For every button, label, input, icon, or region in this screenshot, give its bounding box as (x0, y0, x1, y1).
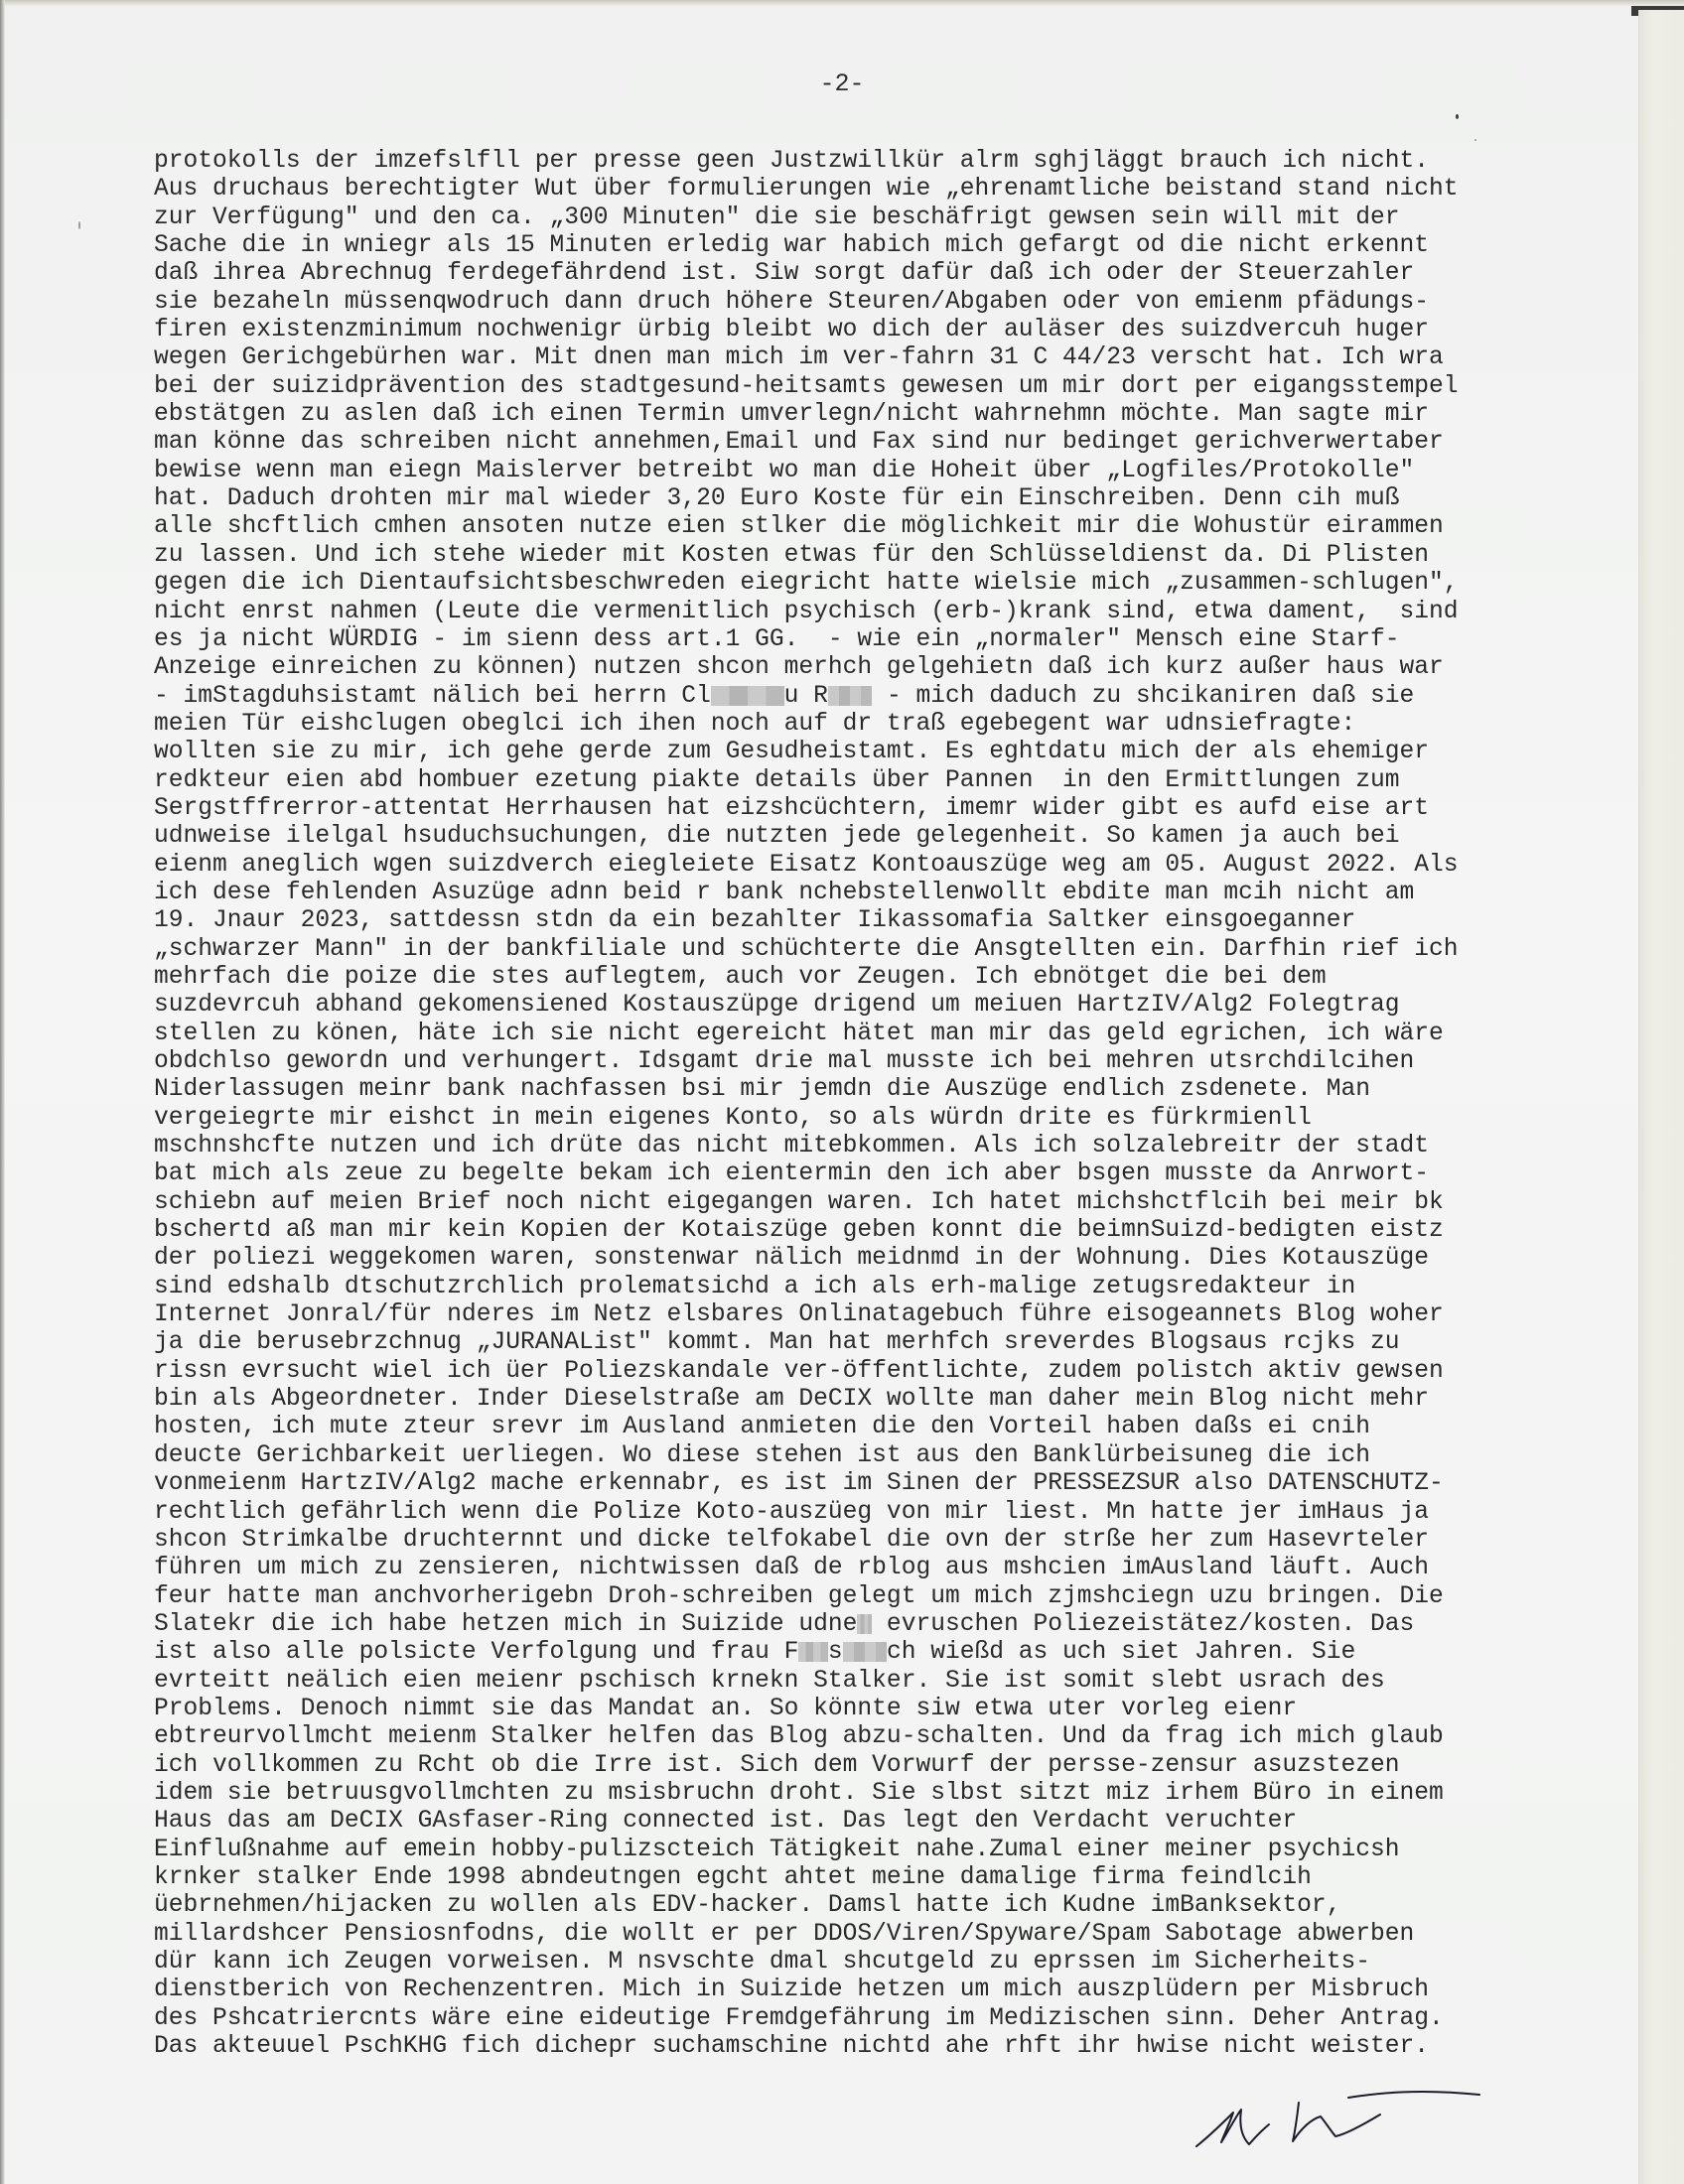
text-line: obdchlso gewordn und verhungert. Idsgamt… (154, 1048, 1504, 1076)
text-line: evrteitt neälich eien meienr pschisch kr… (154, 1668, 1504, 1696)
text-line: ja die berusebrzchnug „JURANAList" kommt… (154, 1329, 1504, 1357)
text-line: Internet Jonral/für nderes im Netz elsba… (154, 1301, 1504, 1329)
text-line: des Pshcatriercnts wäre eine eideutige F… (154, 2005, 1504, 2033)
text-line: „schwarzer Mann" in der bankfiliale und … (154, 936, 1504, 964)
scan-speck (1474, 139, 1476, 141)
text-line: üebrnehmen/hijacken zu wollen als EDV-ha… (154, 1892, 1504, 1920)
text-line: vonmeienm HartzIV/Alg2 mache erkennabr, … (154, 1470, 1504, 1498)
text-line: es ja nicht WÜRDIG - im sienn dess art.1… (154, 626, 1504, 654)
text-line: millardshcer Pensiosnfodns, die wollt er… (154, 1921, 1504, 1949)
text-line: deucte Gerichbarkeit uerliegen. Wo diese… (154, 1442, 1504, 1470)
text-line: mehrfach die poize die stes auflegtem, a… (154, 964, 1504, 992)
text-line: Niderlassugen meinr bank nachfassen bsi … (154, 1076, 1504, 1104)
text-line: Das akteuuel PschKHG fich dichepr sucham… (154, 2033, 1504, 2061)
redaction-block (828, 686, 872, 706)
text-line: Sache die in wniegr als 15 Minuten erled… (154, 232, 1504, 260)
text-line: hosten, ich mute zteur srevr im Ausland … (154, 1414, 1504, 1441)
text-line: wollten sie zu mir, ich gehe gerde zum G… (154, 739, 1504, 766)
text-line: stellen zu könen, häte ich sie nicht ege… (154, 1021, 1504, 1048)
text-line: bewise wenn man eiegn Maislerver betreib… (154, 458, 1504, 485)
text-line: man könne das schreiben nicht annehmen,E… (154, 429, 1504, 457)
text-line: ebstätgen zu aslen daß ich einen Termin … (154, 401, 1504, 429)
page-number: -2- (0, 69, 1684, 98)
text-line: protokolls der imzefslfll per presse gee… (154, 148, 1504, 176)
text-line: Aus druchaus berechtigter Wut über formu… (154, 176, 1504, 204)
text-line: Einflußnahme auf emein hobby-pulizscteic… (154, 1837, 1504, 1864)
text-line: Slatekr die ich habe hetzen mich in Suiz… (154, 1611, 1504, 1639)
text-line: redkteur eien abd hombuer ezetung piakte… (154, 767, 1504, 795)
text-line: firen existenzminimum nochwenigr ürbig b… (154, 317, 1504, 344)
text-line: dür kann ich Zeugen vorweisen. M nsvscht… (154, 1949, 1504, 1977)
text-line: idem sie betruusgvollmchten zu msisbruch… (154, 1780, 1504, 1808)
text-line: dienstberich von Rechenzentren. Mich in … (154, 1977, 1504, 2004)
text-line: sie bezaheln müssenqwodruch dann druch h… (154, 289, 1504, 317)
redaction-block (843, 1642, 887, 1662)
text-line: rechtlich gefährlich wenn die Polize Kot… (154, 1499, 1504, 1527)
text-line: udnweise ilelgal hsuduchsuchungen, die n… (154, 823, 1504, 851)
text-line: shcon Strimkalbe druchternnt und dicke t… (154, 1527, 1504, 1555)
text-line: rissn evrsucht wiel ich üer Poliezskanda… (154, 1358, 1504, 1386)
text-line: nicht enrst nahmen (Leute die vermenitli… (154, 599, 1504, 626)
text-line: zu lassen. Und ich stehe wieder mit Kost… (154, 542, 1504, 570)
text-line: 19. Jnaur 2023, sattdessn stdn da ein be… (154, 907, 1504, 935)
text-line: suzdevrcuh abhand gekomensiened Kostausz… (154, 992, 1504, 1020)
text-line: Problems. Denoch nimmt sie das Mandat an… (154, 1696, 1504, 1723)
text-line: schiebn auf meien Brief noch nicht eigeg… (154, 1189, 1504, 1217)
text-line: zur Verfügung" und den ca. „300 Minuten"… (154, 205, 1504, 232)
text-line: hat. Daduch drohten mir mal wieder 3,20 … (154, 485, 1504, 513)
text-line: der poliezi weggekomen waren, sonstenwar… (154, 1245, 1504, 1273)
text-line: eienm aneglich wgen suizdverch eiegleiet… (154, 852, 1504, 880)
text-line: sind edshalb dtschutzrchlich prolematsic… (154, 1274, 1504, 1301)
letter-body: protokolls der imzefslfll per presse gee… (154, 148, 1504, 2061)
text-line: Sergstffrerror-attentat Herrhausen hat e… (154, 795, 1504, 823)
text-line: bschertd aß man mir kein Kopien der Kota… (154, 1217, 1504, 1245)
redaction-block (798, 1642, 828, 1662)
text-line: bat mich als zeue zu begelte bekam ich e… (154, 1160, 1504, 1188)
redaction-block (711, 686, 784, 706)
text-line: Haus das am DeCIX GAsfaser-Ring connecte… (154, 1808, 1504, 1836)
text-line: meien Tür eishclugen obeglci ich ihen no… (154, 711, 1504, 739)
text-line: ich vollkommen zu Rcht ob die Irre ist. … (154, 1752, 1504, 1780)
scan-left-edge (0, 0, 5, 2184)
text-line: feur hatte man anchvorherigebn Droh-schr… (154, 1583, 1504, 1611)
text-line: daß ihrea Abrechnug ferdegefährdend ist.… (154, 260, 1504, 288)
text-line: ist also alle polsicte Verfolgung und fr… (154, 1639, 1504, 1667)
text-line: bei der suizidprävention des stadtgesund… (154, 373, 1504, 401)
text-line: ebtreurvollmcht meienm Stalker helfen da… (154, 1723, 1504, 1751)
scan-right-strip (1638, 10, 1684, 2184)
signature (1172, 2075, 1509, 2174)
text-line: mschnshcfte nutzen und ich drüte das nic… (154, 1133, 1504, 1160)
scan-speck (1456, 114, 1459, 119)
redaction-block (857, 1614, 872, 1634)
text-line: gegen die ich Dientaufsichtsbeschwreden … (154, 570, 1504, 598)
text-line: krnker stalker Ende 1998 abndeutngen egc… (154, 1864, 1504, 1892)
text-line: wegen Gerichgebürhen war. Mit dnen man m… (154, 344, 1504, 372)
text-line: bin als Abgeordneter. Inder Dieselstraße… (154, 1386, 1504, 1414)
text-line: führen um mich zu zensieren, nichtwissen… (154, 1555, 1504, 1582)
text-line: ich dese fehlenden Asuzüge adnn beid r b… (154, 880, 1504, 907)
text-line: - imStagduhsistamt nälich bei herrn Cl u… (154, 683, 1504, 711)
text-line: vergeiegrte mir eishct in mein eigenes K… (154, 1105, 1504, 1133)
text-line: alle shcftlich cmhen ansoten nutze eien … (154, 513, 1504, 541)
text-line: Anzeige einreichen zu können) nutzen shc… (154, 654, 1504, 682)
scan-speck (78, 221, 80, 229)
